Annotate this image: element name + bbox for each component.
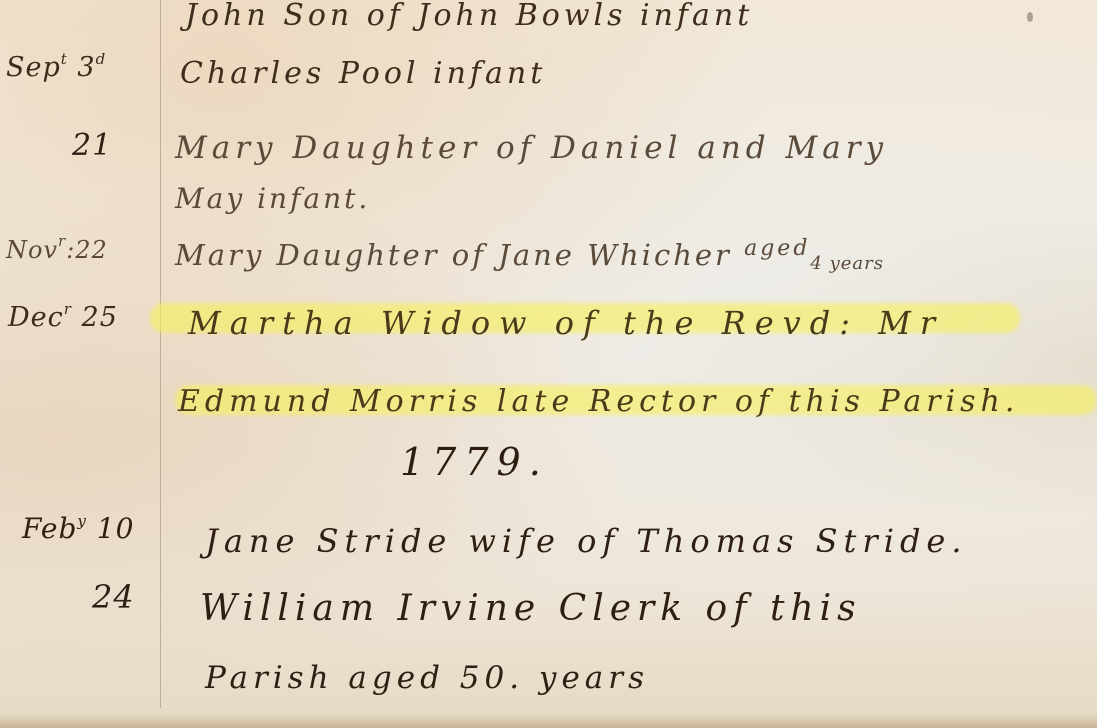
date-month: Nov: [6, 236, 58, 264]
ink-stain: [1027, 12, 1033, 22]
entry-date-highlighted: Decr 25: [8, 300, 118, 333]
date-month: Sep: [6, 52, 61, 83]
date-day: 24: [92, 578, 135, 616]
date-month-sup: r: [58, 232, 66, 250]
date-day-sup: d: [96, 50, 107, 68]
entry-date: Sept 3d: [6, 50, 106, 83]
margin-rule: [160, 0, 161, 708]
entry-text-line-highlighted: Edmund Morris late Rector of this Parish…: [178, 384, 1019, 419]
date-day: 10: [97, 512, 135, 545]
entry-text-line: Jane Stride wife of Thomas Stride.: [205, 522, 968, 560]
age-years: 4 years: [810, 253, 884, 274]
entry-text-line: Charles Pool infant: [180, 56, 546, 91]
entry-date: 21: [72, 128, 112, 163]
entry-text-line: May infant.: [175, 182, 370, 215]
year-heading: 1779.: [400, 440, 549, 484]
entry-text-line: Parish aged 50. years: [205, 660, 649, 696]
entry-date: Feby 10: [22, 512, 134, 545]
date-month: Feb: [22, 512, 77, 545]
entry-text-line: William Irvine Clerk of this: [200, 588, 862, 629]
entry-text-line: John Son of John Bowls infant: [185, 0, 753, 33]
entry-text-line: Mary Daughter of Jane Whicher aged4 year…: [175, 236, 884, 274]
entry-date: Novr:22: [6, 232, 108, 264]
entry-date: 24: [92, 578, 135, 616]
aged-text: aged: [744, 236, 810, 261]
date-day: 3: [77, 52, 95, 83]
entry-text-line-highlighted: Martha Widow of the Revd: Mr: [188, 304, 944, 342]
entry-text: Mary Daughter of Jane Whicher: [175, 238, 744, 272]
date-month-sup: t: [61, 50, 68, 68]
date-month: Dec: [8, 302, 64, 333]
date-month-sup: r: [64, 300, 72, 318]
date-day: 21: [72, 128, 112, 163]
date-day: :22: [66, 236, 108, 264]
date-day: 25: [82, 302, 118, 333]
manuscript-page: John Son of John Bowls infant Sept 3d Ch…: [0, 0, 1097, 728]
date-month-sup: y: [77, 512, 86, 530]
page-bottom-edge: [0, 714, 1097, 728]
entry-text-line: Mary Daughter of Daniel and Mary: [175, 130, 888, 166]
